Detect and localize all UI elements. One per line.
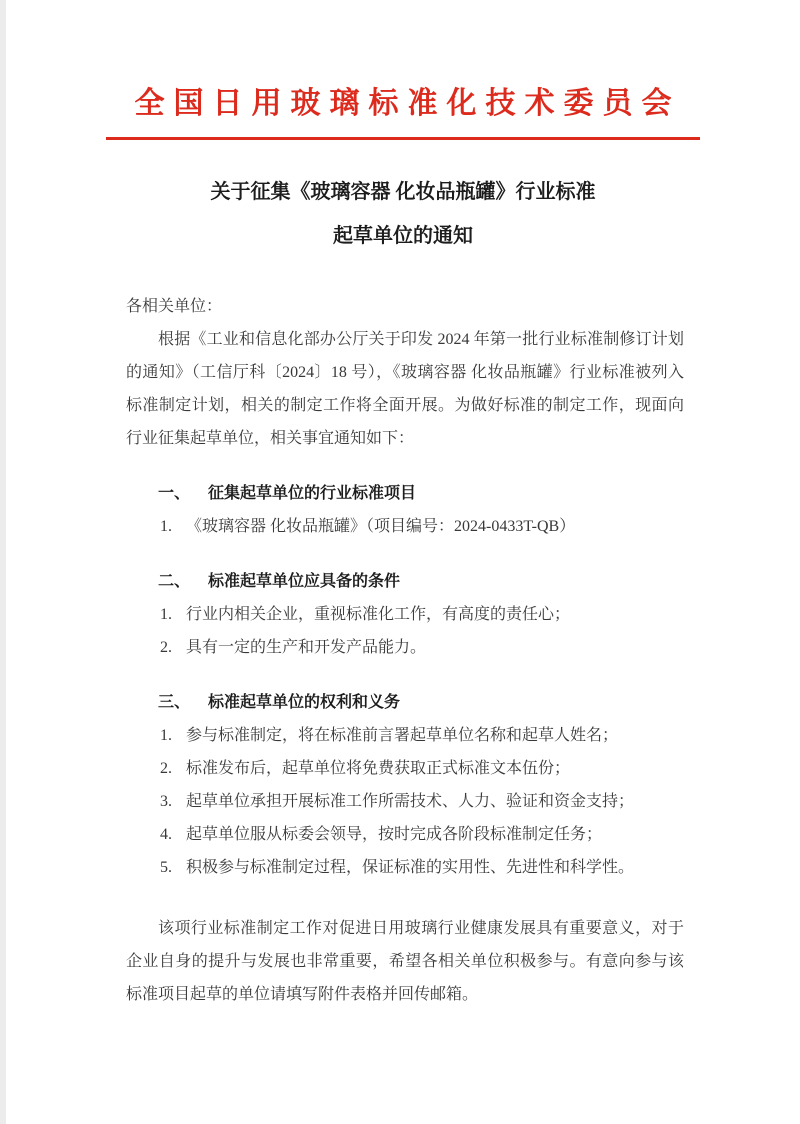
list-item-text: 标准发布后，起草单位将免费获取正式标准文本伍份；	[186, 752, 684, 785]
salutation: 各相关单位：	[126, 290, 684, 323]
list-item: 2. 标准发布后，起草单位将免费获取正式标准文本伍份；	[160, 752, 684, 785]
list-item-text: 《玻璃容器 化妆品瓶罐》（项目编号：2024-0433T-QB）	[186, 510, 684, 543]
list-item: 1. 参与标准制定，将在标准前言署起草单位名称和起草人姓名；	[160, 719, 684, 752]
section-2-title: 标准起草单位应具备的条件	[208, 573, 400, 590]
document-body: 各相关单位： 根据《工业和信息化部办公厅关于印发 2024 年第一批行业标准制修…	[126, 290, 684, 1011]
closing-paragraph: 该项行业标准制定工作对促进日用玻璃行业健康发展具有重要意义，对于企业自身的提升与…	[126, 912, 684, 1011]
section-2-number: 二、	[158, 565, 208, 598]
list-item-text: 起草单位承担开展标准工作所需技术、人力、验证和资金支持；	[186, 785, 684, 818]
list-item-number: 4.	[160, 818, 186, 851]
section-heading-1: 一、征集起草单位的行业标准项目	[158, 477, 684, 510]
list-item: 4. 起草单位服从标委会领导，按时完成各阶段标准制定任务；	[160, 818, 684, 851]
list-item-number: 2.	[160, 752, 186, 785]
list-item-number: 1.	[160, 719, 186, 752]
list-item-text: 参与标准制定，将在标准前言署起草单位名称和起草人姓名；	[186, 719, 684, 752]
list-item: 1. 行业内相关企业，重视标准化工作，有高度的责任心；	[160, 598, 684, 631]
list-item: 5. 积极参与标准制定过程，保证标准的实用性、先进性和科学性。	[160, 851, 684, 884]
header-divider-line	[106, 137, 700, 140]
list-item-number: 5.	[160, 851, 186, 884]
section-3-title: 标准起草单位的权利和义务	[208, 694, 400, 711]
section-heading-2: 二、标准起草单位应具备的条件	[158, 565, 684, 598]
section-3-number: 三、	[158, 686, 208, 719]
document-page: 全国日用玻璃标准化技术委员会 关于征集《玻璃容器 化妆品瓶罐》行业标准 起草单位…	[6, 0, 800, 1124]
list-item-text: 积极参与标准制定过程，保证标准的实用性、先进性和科学性。	[186, 851, 684, 884]
document-title-line1: 关于征集《玻璃容器 化妆品瓶罐》行业标准	[6, 170, 800, 214]
list-item: 3. 起草单位承担开展标准工作所需技术、人力、验证和资金支持；	[160, 785, 684, 818]
section-heading-3: 三、标准起草单位的权利和义务	[158, 686, 684, 719]
section-1-number: 一、	[158, 477, 208, 510]
list-item-number: 2.	[160, 631, 186, 664]
list-item-text: 起草单位服从标委会领导，按时完成各阶段标准制定任务；	[186, 818, 684, 851]
list-item-number: 1.	[160, 598, 186, 631]
list-item-number: 1.	[160, 510, 186, 543]
committee-header-title: 全国日用玻璃标准化技术委员会	[6, 0, 800, 124]
document-title: 关于征集《玻璃容器 化妆品瓶罐》行业标准 起草单位的通知	[6, 170, 800, 258]
list-item-number: 3.	[160, 785, 186, 818]
list-item: 1. 《玻璃容器 化妆品瓶罐》（项目编号：2024-0433T-QB）	[160, 510, 684, 543]
list-item-text: 具有一定的生产和开发产品能力。	[186, 631, 684, 664]
intro-paragraph: 根据《工业和信息化部办公厅关于印发 2024 年第一批行业标准制修订计划的通知》…	[126, 323, 684, 455]
section-1-title: 征集起草单位的行业标准项目	[208, 485, 416, 502]
list-item: 2. 具有一定的生产和开发产品能力。	[160, 631, 684, 664]
page-background: 全国日用玻璃标准化技术委员会 关于征集《玻璃容器 化妆品瓶罐》行业标准 起草单位…	[0, 0, 800, 1124]
document-title-line2: 起草单位的通知	[6, 214, 800, 258]
list-item-text: 行业内相关企业，重视标准化工作，有高度的责任心；	[186, 598, 684, 631]
